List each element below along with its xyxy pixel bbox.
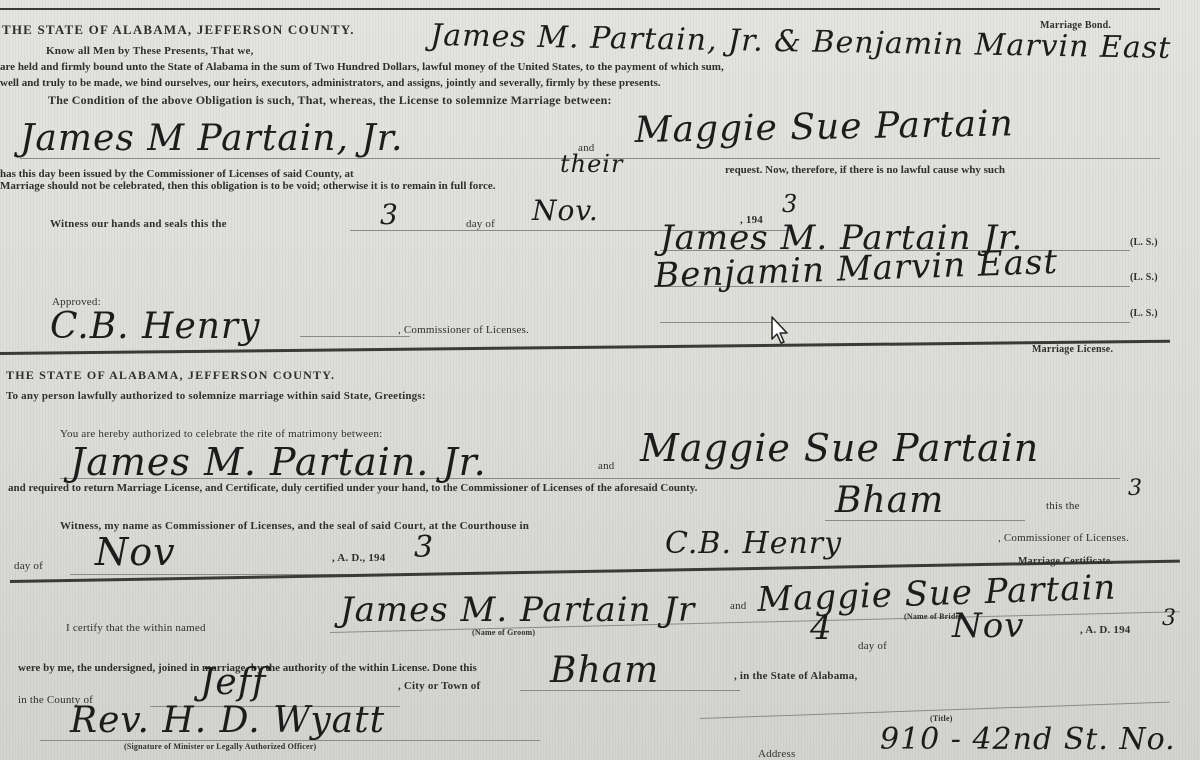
certificate-month-handwritten: Nov (952, 606, 1024, 646)
certificate-state-label: , in the State of Alabama, (734, 670, 857, 682)
license-line1: You are hereby authorized to celebrate t… (60, 428, 382, 440)
certificate-officiant-caption: (Signature of Minister or Legally Author… (124, 742, 316, 751)
bond-seal-label-3: (L. S.) (1130, 308, 1158, 319)
certificate-groom-handwritten: James M. Partain Jr (340, 590, 695, 630)
license-line2: and required to return Marriage License,… (8, 482, 697, 494)
bond-groom-handwritten: James M Partain, Jr. (20, 118, 403, 159)
bond-commissioner-label: , Commissioner of Licenses. (398, 324, 529, 336)
bond-witness-day-handwritten: 3 (380, 198, 399, 231)
license-commissioner-signature: C.B. Henry (665, 526, 842, 561)
mouse-pointer-icon (770, 315, 792, 345)
certificate-city-handwritten: Bham (550, 650, 659, 691)
bond-heading: THE STATE OF ALABAMA, JEFFERSON COUNTY. (2, 22, 355, 38)
bond-witness-month-handwritten: Nov. (532, 194, 599, 227)
bond-year-suffix-handwritten: 3 (782, 190, 798, 218)
license-year-handwritten: 3 (414, 530, 434, 565)
bond-witness-label: Witness our hands and seals this the (50, 218, 227, 230)
certificate-day-handwritten: 4 (810, 608, 833, 648)
bond-approved-signature: C.B. Henry (50, 306, 260, 347)
certificate-line1: I certify that the within named (66, 622, 206, 634)
bond-line2: are held and firmly bound unto the State… (0, 61, 724, 73)
license-place-handwritten: Bham (835, 480, 944, 521)
certificate-year-handwritten: 3 (1162, 606, 1177, 631)
bond-line3: well and truly to be made, we bind ourse… (0, 77, 661, 89)
bond-their-handwritten: their (560, 150, 623, 178)
certificate-ad-label: , A. D. 194 (1080, 624, 1130, 636)
certificate-section-label: Marriage Certificate. (1018, 556, 1113, 567)
license-greeting: To any person lawfully authorized to sol… (6, 390, 426, 402)
bond-day-of-label: day of (466, 218, 495, 230)
bond-seal-label-2: (L. S.) (1130, 272, 1158, 283)
license-month-handwritten: Nov (95, 530, 176, 574)
bond-line5a: has this day been issued by the Commissi… (0, 168, 354, 180)
top-border-rule (0, 8, 1160, 10)
bond-bride-handwritten: Maggie Sue Partain (634, 103, 1014, 151)
license-day-of-label: day of (14, 560, 43, 572)
license-heading: THE STATE OF ALABAMA, JEFFERSON COUNTY. (6, 368, 335, 383)
bond-line1: Know all Men by These Presents, That we, (46, 45, 254, 57)
license-and-label: and (598, 460, 614, 472)
certificate-officiant-signature: Rev. H. D. Wyatt (70, 700, 385, 741)
bond-line5b: request. Now, therefore, if there is no … (725, 164, 1005, 176)
bond-line6: Marriage should not be celebrated, then … (0, 180, 495, 192)
license-section-label: Marriage License. (1032, 344, 1113, 355)
certificate-county-handwritten: Jeff (200, 662, 266, 703)
license-this-the-label: this the (1046, 500, 1080, 512)
certificate-address-handwritten: 910 - 42nd St. No. (880, 722, 1176, 757)
bond-signature-rule-3 (660, 322, 1130, 323)
certificate-and-label: and (730, 600, 746, 612)
certificate-address-label: Address (758, 748, 795, 760)
license-bride-handwritten: Maggie Sue Partain (640, 426, 1039, 470)
license-ad-label: , A. D., 194 (332, 552, 385, 564)
license-groom-handwritten: James M. Partain. Jr. (70, 440, 487, 484)
certificate-day-of-label: day of (858, 640, 887, 652)
certificate-groom-caption: (Name of Groom) (472, 628, 535, 637)
marriage-record-document: THE STATE OF ALABAMA, JEFFERSON COUNTY. … (0, 0, 1200, 760)
license-day-handwritten: 3 (1128, 476, 1143, 501)
bond-approved-rule (300, 336, 410, 337)
bond-seal-label-1: (L. S.) (1130, 237, 1158, 248)
bond-line4: The Condition of the above Obligation is… (48, 93, 612, 108)
license-commissioner-label: , Commissioner of Licenses. (998, 532, 1129, 544)
certificate-city-label: , City or Town of (398, 680, 480, 692)
